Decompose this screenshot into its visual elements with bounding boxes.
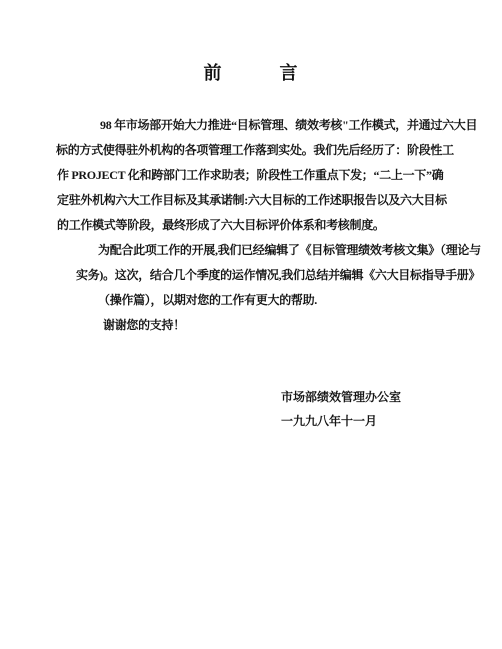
body-line-8: （操作篇），以期对您的工作有更大的帮助.	[98, 293, 317, 307]
body-line-2: 标的方式使得驻外机构的各项管理工作落到实处。我们先后经历了：阶段性工	[56, 143, 454, 157]
signature-date: 一九九八年十一月	[281, 414, 377, 428]
body-line-6: 为配合此项工作的开展,我们已经编辑了《目标管理绩效考核文集》（理论与	[98, 243, 481, 257]
body-line-1: 98 年市场部开始大力推进“目标管理、绩效考核"工作模式，并通过六大目	[100, 118, 477, 132]
body-line-5: 的工作模式等阶段，最终形成了六大目标评价体系和考核制度。	[57, 218, 385, 232]
page-title: 前 言	[0, 59, 502, 85]
body-line-4: 定驻外机构六大工作目标及其承诺制:六大目标的工作述职报告以及六大目标	[57, 193, 447, 207]
body-line-9: 谢谢您的支持！	[103, 318, 185, 332]
body-line-3: 作 PROJECT 化和跨部门工作求助表；阶段性工作重点下发；“二上一下”确	[57, 168, 443, 182]
body-line-7: 实务)。这次，结合几个季度的运作情况,我们总结并编辑《六大目标指导手册》	[76, 268, 480, 282]
document-page: 前 言 98 年市场部开始大力推进“目标管理、绩效考核"工作模式，并通过六大目 …	[0, 0, 502, 649]
signature-organization: 市场部绩效管理办公室	[281, 390, 401, 404]
